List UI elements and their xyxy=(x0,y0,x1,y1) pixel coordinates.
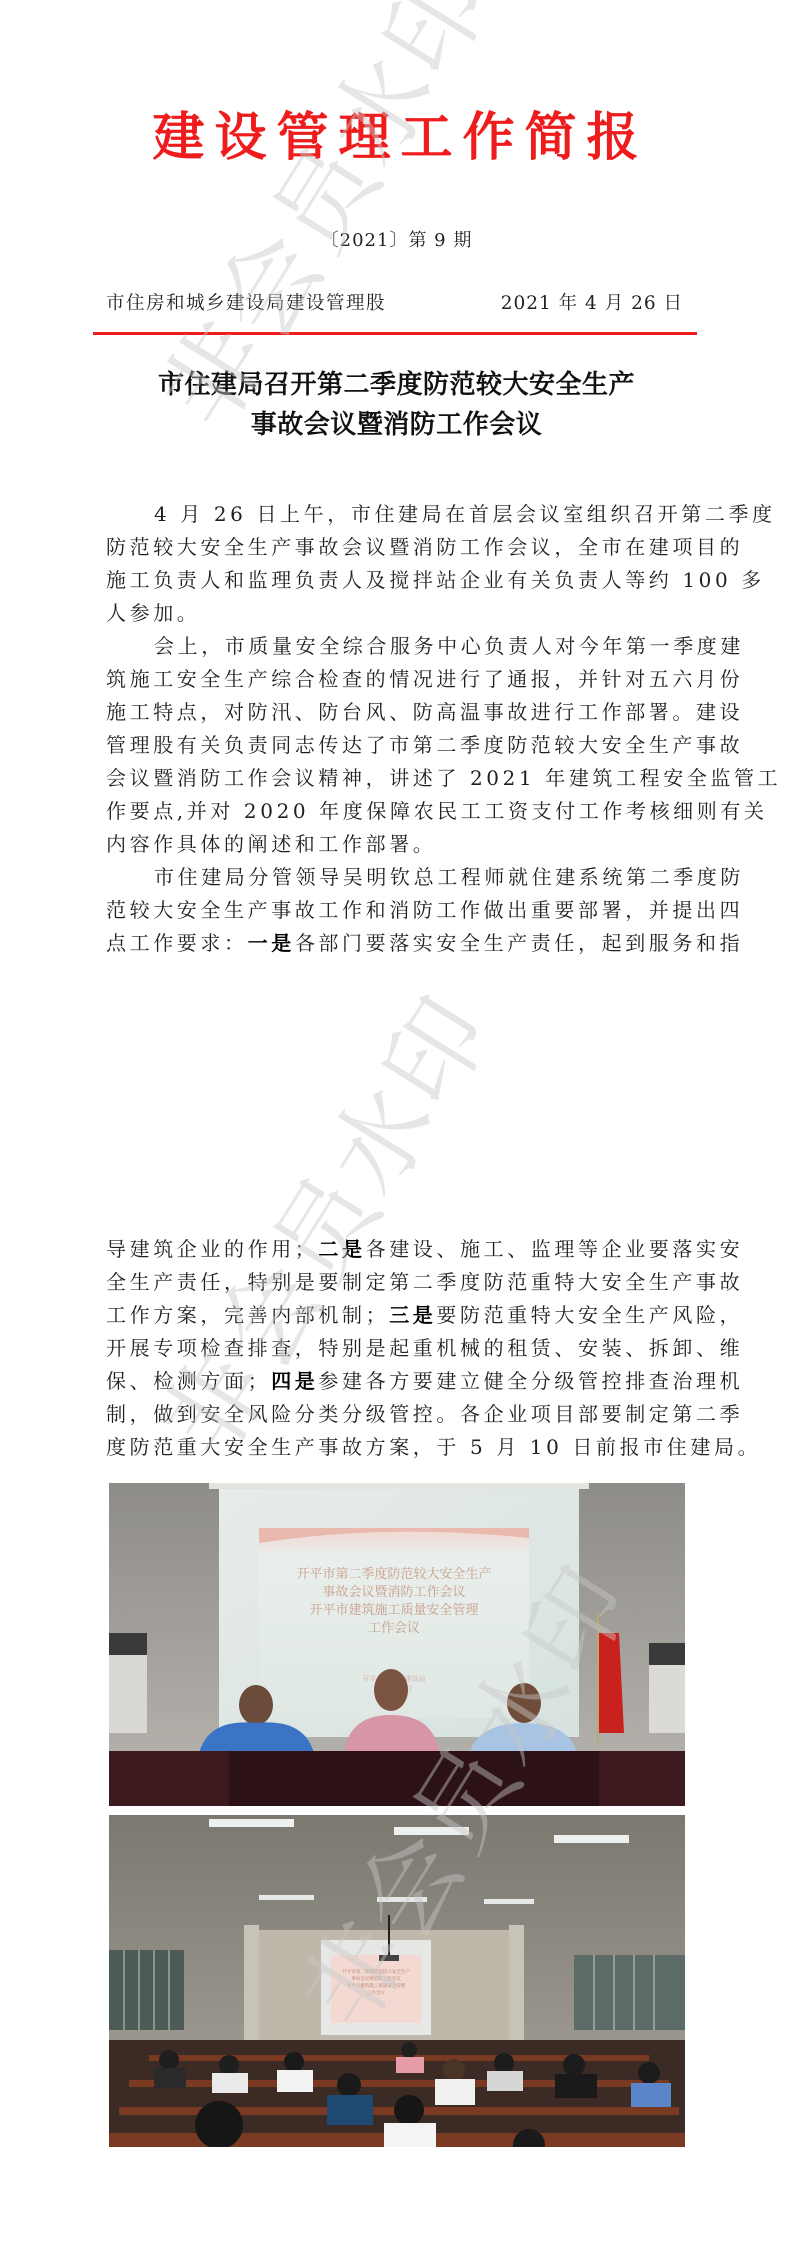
emphasis-label: 四是 xyxy=(271,1369,318,1393)
paragraph-line: 点工作要求：一是各部门要落实安全生产责任，起到服务和指 xyxy=(106,927,696,960)
text-segment: 市住建局分管领导吴明钦总工程师就住建系统第二季度防 xyxy=(154,865,744,889)
text-segment: 参建各方要建立健全分级管控排查治理机 xyxy=(318,1369,743,1393)
paragraph-line: 全生产责任，特别是要制定第二季度防范重特大安全生产事故 xyxy=(106,1266,696,1299)
paragraph-line: 范较大安全生产事故工作和消防工作做出重要部署，并提出四 xyxy=(106,894,696,927)
paragraph-line: 会上，市质量安全综合服务中心负责人对今年第一季度建 xyxy=(106,630,696,663)
masthead-title: 建设管理工作简报 xyxy=(0,108,793,168)
paragraph-line: 会议暨消防工作会议精神，讲述了 2021 年建筑工程安全监管工 xyxy=(106,762,696,795)
paragraph-line: 管理股有关负责同志传达了市第二季度防范较大安全生产事故 xyxy=(106,729,696,762)
article-title-line-2: 事故会议暨消防工作会议 xyxy=(0,405,793,445)
text-segment: 度防范重大安全生产事故方案，于 5 月 10 日前报市住建局。 xyxy=(106,1435,761,1459)
photo-presidium-image: 开平市第二季度防范较大安全生产 事故会议暨消防工作会议 开平市建筑施工质量安全管… xyxy=(109,1483,685,1806)
paragraph-line: 施工负责人和监理负责人及搅拌站企业有关负责人等约 100 多 xyxy=(106,564,696,597)
paragraph-line: 工作方案，完善内部机制；三是要防范重特大安全生产风险， xyxy=(106,1299,696,1332)
photo-audience: 开平市第二季度防范较大安全生产 事故会议暨消防工作会议 开平市建筑施工质量安全管… xyxy=(109,1815,685,2147)
document-page: 建设管理工作简报 〔2021〕第 9 期 市住房和城乡建设局建设管理股 2021… xyxy=(0,0,793,2244)
screen-text-line-3: 开平市建筑施工质量安全管理 xyxy=(309,1602,478,1618)
text-segment: 施工负责人和监理负责人及搅拌站企业有关负责人等约 100 多 xyxy=(106,568,765,592)
screen-text-line-4: 工作会议 xyxy=(368,1621,420,1636)
paragraph-line: 制，做到安全风险分类分级管控。各企业项目部要制定第二季 xyxy=(106,1398,696,1431)
text-segment: 会上，市质量安全综合服务中心负责人对今年第一季度建 xyxy=(154,634,744,658)
text-segment: 开展专项检查排查，特别是起重机械的租赁、安装、拆卸、维 xyxy=(106,1336,743,1360)
text-segment: 各建设、施工、监理等企业要落实安 xyxy=(366,1237,744,1261)
emphasis-label: 二是 xyxy=(318,1237,365,1261)
paragraph-line: 开展专项检查排查，特别是起重机械的租赁、安装、拆卸、维 xyxy=(106,1332,696,1365)
paragraph-line: 4 月 26 日上午，市住建局在首层会议室组织召开第二季度 xyxy=(106,498,696,531)
paragraph-line: 筑施工安全生产综合检查的情况进行了通报，并针对五六月份 xyxy=(106,663,696,696)
emphasis-label: 三是 xyxy=(389,1303,436,1327)
text-segment: 施工特点，对防汛、防台风、防高温事故进行工作部署。建设 xyxy=(106,700,743,724)
screen2-text-line-2: 事故会议暨消防工作会议 xyxy=(351,1975,401,1982)
body-text-block-1: 4 月 26 日上午，市住建局在首层会议室组织召开第二季度防范较大安全生产事故会… xyxy=(106,498,696,960)
text-segment: 保、检测方面； xyxy=(106,1369,271,1393)
body-text-block-2: 导建筑企业的作用；二是各建设、施工、监理等企业要落实安全生产责任，特别是要制定第… xyxy=(106,1233,696,1464)
text-segment: 点工作要求： xyxy=(106,931,248,955)
text-segment: 内容作具体的阐述和工作部署。 xyxy=(106,832,436,856)
text-segment: 管理股有关负责同志传达了市第二季度防范较大安全生产事故 xyxy=(106,733,743,757)
text-segment: 全生产责任，特别是要制定第二季度防范重特大安全生产事故 xyxy=(106,1270,743,1294)
issue-number: 〔2021〕第 9 期 xyxy=(0,228,793,254)
issue-date: 2021 年 4 月 26 日 xyxy=(501,290,683,318)
paragraph-line: 作要点,并对 2020 年度保障农民工工资支付工作考核细则有关 xyxy=(106,795,696,828)
text-segment: 要防范重特大安全生产风险， xyxy=(436,1303,743,1327)
text-segment: 制，做到安全风险分类分级管控。各企业项目部要制定第二季 xyxy=(106,1402,743,1426)
emphasis-label: 一是 xyxy=(248,931,295,955)
text-segment: 筑施工安全生产综合检查的情况进行了通报，并针对五六月份 xyxy=(106,667,743,691)
text-segment: 防范较大安全生产事故会议暨消防工作会议，全市在建项目的 xyxy=(106,535,743,559)
text-segment: 范较大安全生产事故工作和消防工作做出重要部署，并提出四 xyxy=(106,898,743,922)
paragraph-line: 导建筑企业的作用；二是各建设、施工、监理等企业要落实安 xyxy=(106,1233,696,1266)
text-segment: 会议暨消防工作会议精神，讲述了 2021 年建筑工程安全监管工 xyxy=(106,766,781,790)
screen2-text-line-3: 开平市建筑施工质量安全管理 xyxy=(347,1982,406,1989)
text-segment: 作要点,并对 2020 年度保障农民工工资支付工作考核细则有关 xyxy=(106,799,768,823)
screen2-text-line-1: 开平市第二季度防范较大安全生产 xyxy=(342,1968,410,1975)
photo-presidium: 开平市第二季度防范较大安全生产 事故会议暨消防工作会议 开平市建筑施工质量安全管… xyxy=(109,1483,685,1806)
header-meta: 市住房和城乡建设局建设管理股 2021 年 4 月 26 日 xyxy=(106,290,687,318)
photo-audience-image: 开平市第二季度防范较大安全生产 事故会议暨消防工作会议 开平市建筑施工质量安全管… xyxy=(109,1815,685,2147)
screen-text-line-2: 事故会议暨消防工作会议 xyxy=(322,1584,465,1600)
department-name: 市住房和城乡建设局建设管理股 xyxy=(106,290,386,318)
screen-text-line-1: 开平市第二季度防范较大安全生产 xyxy=(296,1566,491,1582)
text-segment: 导建筑企业的作用； xyxy=(106,1237,318,1261)
screen2-text-line-4: 工作会议 xyxy=(367,1989,385,1996)
paragraph-line: 人参加。 xyxy=(106,597,696,630)
red-divider xyxy=(93,332,697,335)
paragraph-line: 度防范重大安全生产事故方案，于 5 月 10 日前报市住建局。 xyxy=(106,1431,696,1464)
text-segment: 人参加。 xyxy=(106,601,200,625)
paragraph-line: 内容作具体的阐述和工作部署。 xyxy=(106,828,696,861)
paragraph-line: 保、检测方面；四是参建各方要建立健全分级管控排查治理机 xyxy=(106,1365,696,1398)
paragraph-line: 市住建局分管领导吴明钦总工程师就住建系统第二季度防 xyxy=(106,861,696,894)
text-segment: 各部门要落实安全生产责任，起到服务和指 xyxy=(295,931,743,955)
article-title-line-1: 市住建局召开第二季度防范较大安全生产 xyxy=(0,365,793,405)
paragraph-line: 施工特点，对防汛、防台风、防高温事故进行工作部署。建设 xyxy=(106,696,696,729)
text-segment: 工作方案，完善内部机制； xyxy=(106,1303,389,1327)
article-title: 市住建局召开第二季度防范较大安全生产 事故会议暨消防工作会议 xyxy=(0,365,793,445)
text-segment: 4 月 26 日上午，市住建局在首层会议室组织召开第二季度 xyxy=(154,502,776,526)
paragraph-line: 防范较大安全生产事故会议暨消防工作会议，全市在建项目的 xyxy=(106,531,696,564)
